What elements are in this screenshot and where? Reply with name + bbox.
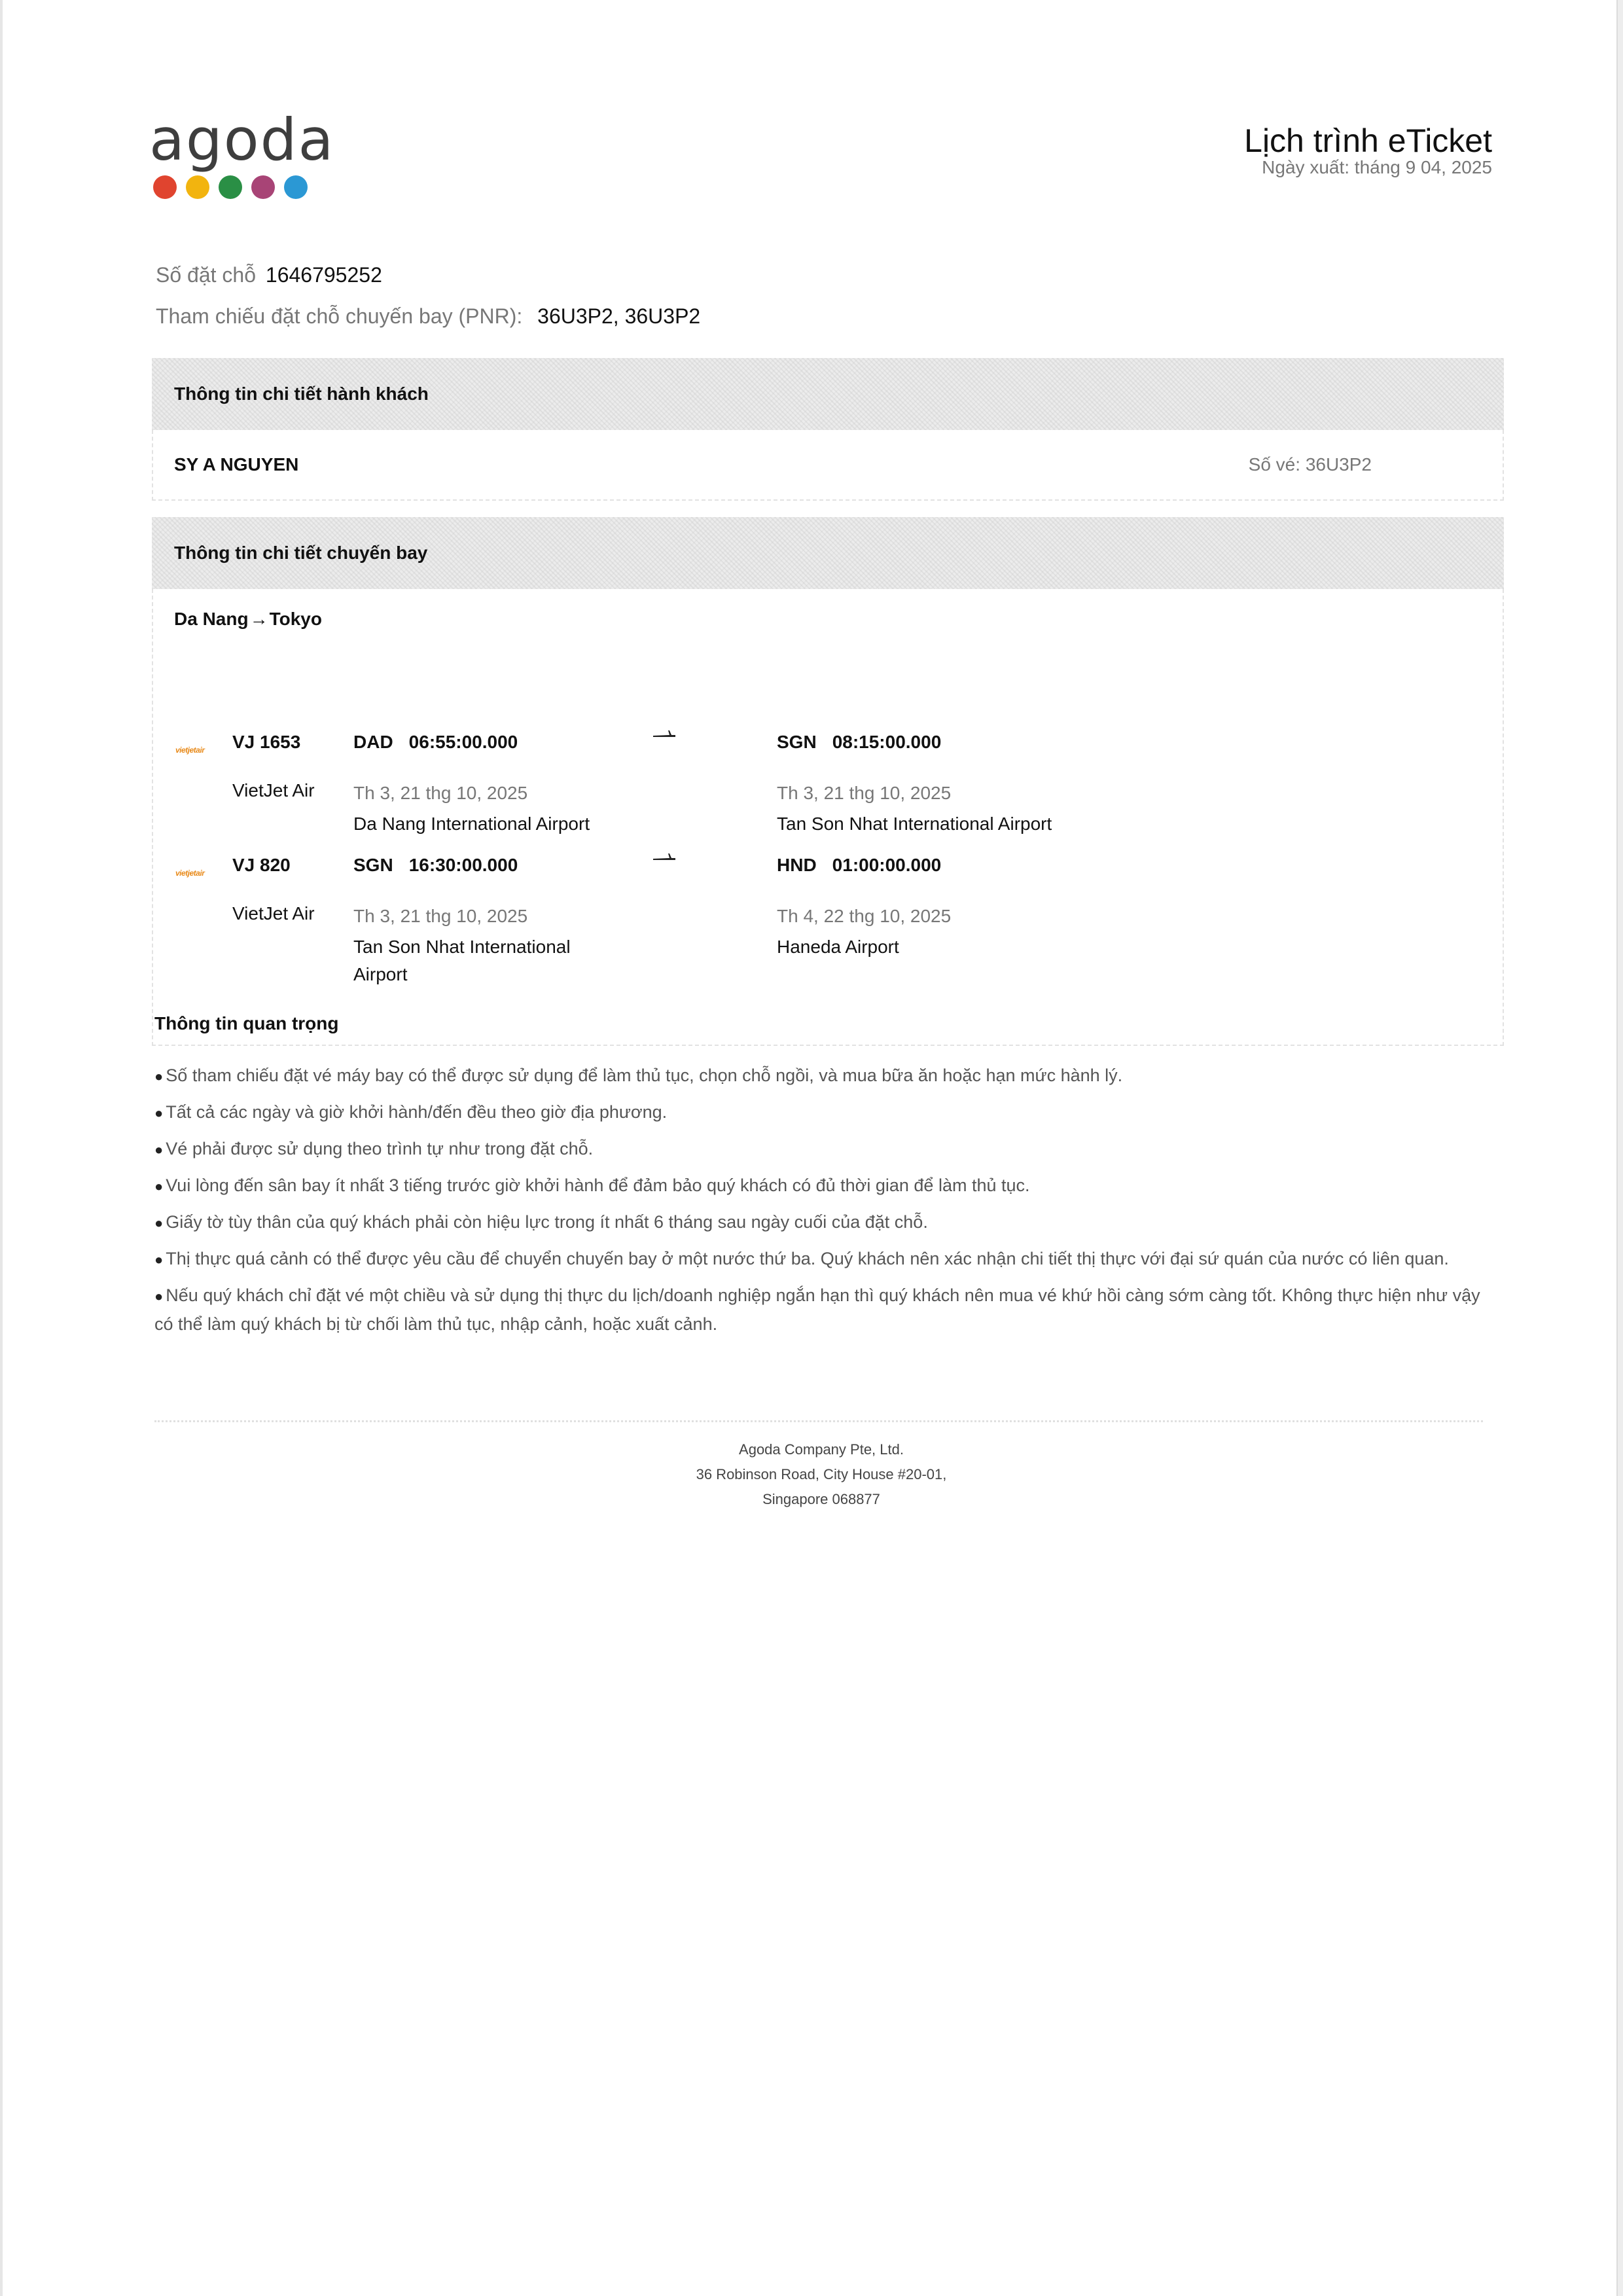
list-item: ●Thị thực quá cảnh có thể được yêu cầu đ… [154,1245,1489,1274]
company-name: Agoda Company Pte, Ltd. [0,1437,1623,1462]
arrival-code: HND [777,855,817,875]
bullet-icon: ● [154,1251,163,1268]
route: Da Nang→Tokyo [174,609,322,630]
departure-airport: Tan Son Nhat International Airport [353,933,615,988]
plane-icon [652,726,678,740]
issue-date: Ngày xuất: tháng 9 04, 2025 [1244,157,1492,178]
section-header: Thông tin chi tiết chuyến bay [152,517,1504,589]
document-title: Lịch trình eTicket [1244,124,1492,157]
bullet-icon: ● [154,1178,163,1194]
bullet-icon: ● [154,1288,163,1304]
departure-code: DAD [353,732,393,752]
ticket-number: Số vé: 36U3P2 [1249,454,1372,475]
pnr-label: Tham chiếu đặt chỗ chuyến bay (PNR): [156,304,522,328]
airline-name: VietJet Air [232,903,315,924]
footer-divider [154,1420,1483,1422]
vietjet-logo-icon: vietjetair [175,869,204,878]
plane-icon [652,850,678,863]
important-info-title: Thông tin quan trọng [154,1013,1489,1034]
arrival: SGN08:15:00.000 Th 3, 21 thg 10, 2025 Ta… [777,732,1052,838]
departure-code: SGN [353,855,393,875]
list-item: ●Vé phải được sử dụng theo trình tự như … [154,1135,1489,1164]
logo-wordmark: agoda [149,106,334,173]
important-info: Thông tin quan trọng ●Số tham chiếu đặt … [154,1013,1489,1346]
booking-number-label: Số đặt chỗ [156,263,256,287]
airline-name: VietJet Air [232,780,315,801]
flight-body: Da Nang→Tokyo vietjetair VJ 1653 VietJet… [152,589,1504,1046]
flight-details-section: Thông tin chi tiết chuyến bay Da Nang→To… [152,517,1504,1046]
flight-leg: vietjetair VJ 820 VietJet Air SGN16:30:0… [153,869,1503,1013]
section-title: Thông tin chi tiết chuyến bay [174,543,427,564]
bullet-icon: ● [154,1105,163,1121]
notes-list: ●Số tham chiếu đặt vé máy bay có thể đượ… [154,1062,1489,1338]
route-destination: Tokyo [270,609,322,629]
departure: SGN16:30:00.000 Th 3, 21 thg 10, 2025 Ta… [353,855,615,988]
company-address-line1: 36 Robinson Road, City House #20-01, [0,1462,1623,1487]
arrival-date: Th 3, 21 thg 10, 2025 [777,783,1052,804]
vietjet-logo-icon: vietjetair [175,745,204,755]
logo-dot-blue-icon [284,175,308,199]
arrow-right-icon: → [250,609,268,629]
list-item: ●Nếu quý khách chỉ đặt vé một chiều và s… [154,1282,1489,1338]
arrival-time: 08:15:00.000 [832,732,942,752]
logo-dot-red-icon [153,175,177,199]
logo-dots [153,175,308,199]
section-title: Thông tin chi tiết hành khách [174,384,429,404]
list-item: ●Số tham chiếu đặt vé máy bay có thể đượ… [154,1062,1489,1090]
footer: Agoda Company Pte, Ltd. 36 Robinson Road… [0,1437,1623,1512]
passenger-name: SY A NGUYEN [174,454,298,475]
departure-date: Th 3, 21 thg 10, 2025 [353,906,615,927]
bullet-icon: ● [154,1068,163,1085]
section-header: Thông tin chi tiết hành khách [152,358,1504,430]
title-block: Lịch trình eTicket Ngày xuất: tháng 9 04… [1244,124,1492,178]
pnr-row: Tham chiếu đặt chỗ chuyến bay (PNR): 36U… [156,304,700,329]
departure-time: 16:30:00.000 [409,855,518,875]
logo-dot-yellow-icon [186,175,209,199]
booking-references: Số đặt chỗ 1646795252 Tham chiếu đặt chỗ… [156,263,700,346]
arrival-airport: Haneda Airport [777,933,951,961]
page-edge-right [1616,0,1623,2296]
arrival-code: SGN [777,732,817,752]
flight-number: VJ 820 [232,855,291,876]
passenger-details-section: Thông tin chi tiết hành khách SY A NGUYE… [152,358,1504,501]
list-item: ●Tất cả các ngày và giờ khởi hành/đến đề… [154,1098,1489,1127]
bullet-icon: ● [154,1215,163,1231]
logo-dot-green-icon [219,175,242,199]
departure-time: 06:55:00.000 [409,732,518,752]
list-item: ●Giấy tờ tùy thân của quý khách phải còn… [154,1208,1489,1237]
departure: DAD06:55:00.000 Th 3, 21 thg 10, 2025 Da… [353,732,615,838]
bullet-icon: ● [154,1141,163,1158]
flight-number: VJ 1653 [232,732,300,753]
page-edge-left [0,0,3,2296]
pnr-value: 36U3P2, 36U3P2 [537,304,700,328]
company-address-line2: Singapore 068877 [0,1487,1623,1512]
departure-airport: Da Nang International Airport [353,810,615,838]
route-origin: Da Nang [174,609,249,629]
list-item: ●Vui lòng đến sân bay ít nhất 3 tiếng tr… [154,1172,1489,1200]
booking-number-value: 1646795252 [266,263,382,287]
arrival-date: Th 4, 22 thg 10, 2025 [777,906,951,927]
departure-date: Th 3, 21 thg 10, 2025 [353,783,615,804]
logo-dot-purple-icon [251,175,275,199]
arrival: HND01:00:00.000 Th 4, 22 thg 10, 2025 Ha… [777,855,951,961]
booking-number-row: Số đặt chỗ 1646795252 [156,263,700,287]
agoda-logo: agoda [149,110,319,208]
passenger-row: SY A NGUYEN Số vé: 36U3P2 [152,430,1504,501]
arrival-airport: Tan Son Nhat International Airport [777,810,1052,838]
arrival-time: 01:00:00.000 [832,855,942,875]
